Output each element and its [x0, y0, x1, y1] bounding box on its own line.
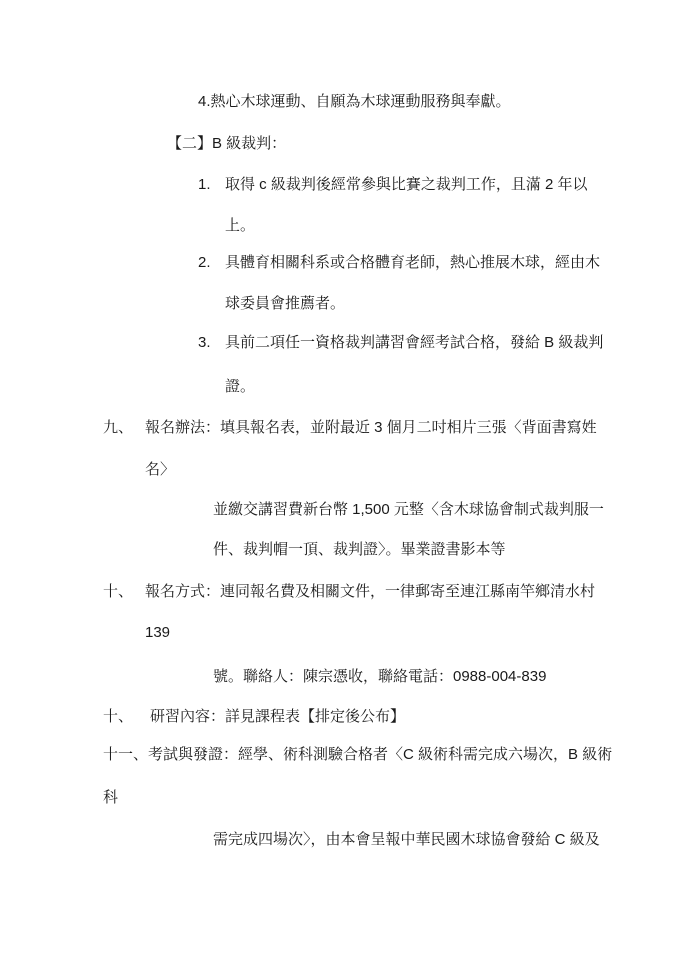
b-item-1-continuation: 上。: [225, 216, 255, 236]
section-number: 十、: [103, 582, 145, 602]
b-item-3-line: 3.具前二項任一資格裁判講習會經考試合格，發給 B 級裁判: [198, 333, 603, 353]
b-item-1-line: 1.取得 c 級裁判後經常參與比賽之裁判工作，且滿 2 年以: [198, 175, 588, 195]
document-page: 4.熱心木球運動、自願為木球運動服務與奉獻。 【二】B 級裁判： 1.取得 c …: [0, 0, 680, 962]
section-text: 研習內容：詳見課程表【排定後公布】: [150, 708, 405, 725]
section-9-fee-line: 並繳交講習費新台幣 1,500 元整〈含木球協會制式裁判服一: [213, 500, 604, 520]
b-item-2-line: 2.具體育相關科系或合格體育老師，熱心推展木球，經由木: [198, 253, 600, 273]
section-10-contact-line: 號。聯絡人：陳宗憑收，聯絡電話：0988-004-839: [213, 667, 546, 687]
section-11-exam-certification: 十一、考試與發證：經學、術科測驗合格者〈C 級術科需完成六場次，B 級術: [103, 745, 612, 765]
section-text: 報名辦法：填具報名表，並附最近 3 個月二吋相片三張〈背面書寫姓: [145, 419, 597, 436]
b-item-2-continuation: 球委員會推薦者。: [225, 294, 345, 314]
list-item-text: 具前二項任一資格裁判講習會經考試合格，發給 B 級裁判: [225, 334, 603, 351]
section-11-issuance-line: 需完成四場次〉，由本會呈報中華民國木球協會發給 C 級及: [213, 830, 600, 850]
b-item-3-continuation: 證。: [225, 377, 255, 397]
section-9-registration-method: 九、報名辦法：填具報名表，並附最近 3 個月二吋相片三張〈背面書寫姓: [103, 418, 597, 438]
list-number: 3.: [198, 333, 225, 353]
section-10-address-number: 139: [145, 623, 170, 643]
list-number: 2.: [198, 253, 225, 273]
clause-c4-line: 4.熱心木球運動、自願為木球運動服務與奉獻。: [198, 92, 511, 112]
section-10b-course-content: 十、研習內容：詳見課程表【排定後公布】: [103, 707, 405, 727]
section-text: 考試與發證：經學、術科測驗合格者〈C 級術科需完成六場次，B 級術: [148, 746, 612, 763]
section-number: 十、: [103, 707, 150, 727]
list-item-text: 取得 c 級裁判後經常參與比賽之裁判工作，且滿 2 年以: [225, 176, 588, 193]
section-10-mailing: 十、報名方式：連同報名費及相關文件，一律郵寄至連江縣南竿鄉清水村: [103, 582, 595, 602]
list-item-text: 具體育相關科系或合格體育老師，熱心推展木球，經由木: [225, 254, 600, 271]
section-11-continuation: 科: [103, 788, 118, 808]
section-9-continuation: 名〉: [145, 460, 175, 480]
section-number: 十一、: [103, 745, 148, 765]
section-9-fee-continuation: 件、裁判帽一頂、裁判證〉。畢業證書影本等: [213, 540, 506, 560]
list-number: 1.: [198, 175, 225, 195]
section-b-referee-heading: 【二】B 級裁判：: [167, 134, 286, 154]
section-number: 九、: [103, 418, 145, 438]
section-text: 報名方式：連同報名費及相關文件，一律郵寄至連江縣南竿鄉清水村: [145, 583, 595, 600]
